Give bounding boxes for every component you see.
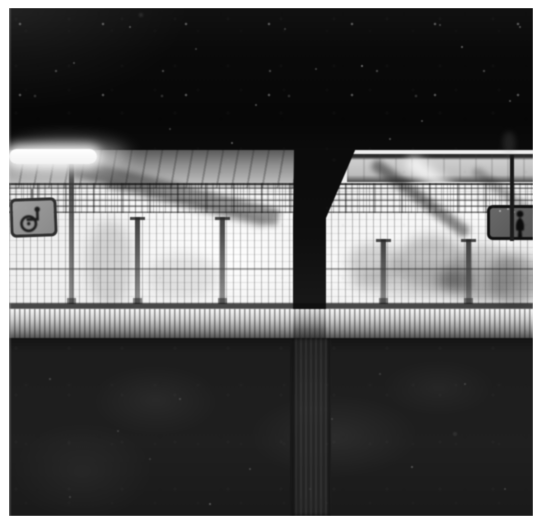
- photograph: [9, 8, 533, 516]
- fence-post: [69, 158, 74, 304]
- wheelchair-accessibility-sign: [9, 197, 57, 238]
- ribbed-ledge: [9, 309, 533, 338]
- fence-post: [135, 217, 140, 304]
- right-sign-rod: [510, 155, 514, 241]
- fluorescent-tube-light: [9, 149, 97, 164]
- fence-middle-wire: [9, 268, 533, 270]
- fence-post: [381, 239, 386, 304]
- photo-frame: [0, 0, 542, 524]
- scene: [9, 8, 533, 516]
- lower-wall: [9, 338, 533, 516]
- photo-edge-highlight: [9, 8, 11, 516]
- ceiling-slab: [9, 8, 533, 150]
- fence-post: [220, 217, 225, 304]
- fence-post: [466, 239, 471, 304]
- central-pillar-base: [290, 338, 331, 516]
- mesh-fence-top-band: [9, 183, 533, 213]
- wheelchair-icon: [16, 203, 49, 236]
- sign-rod-glow: [503, 132, 515, 154]
- sign-speckles: [499, 210, 501, 212]
